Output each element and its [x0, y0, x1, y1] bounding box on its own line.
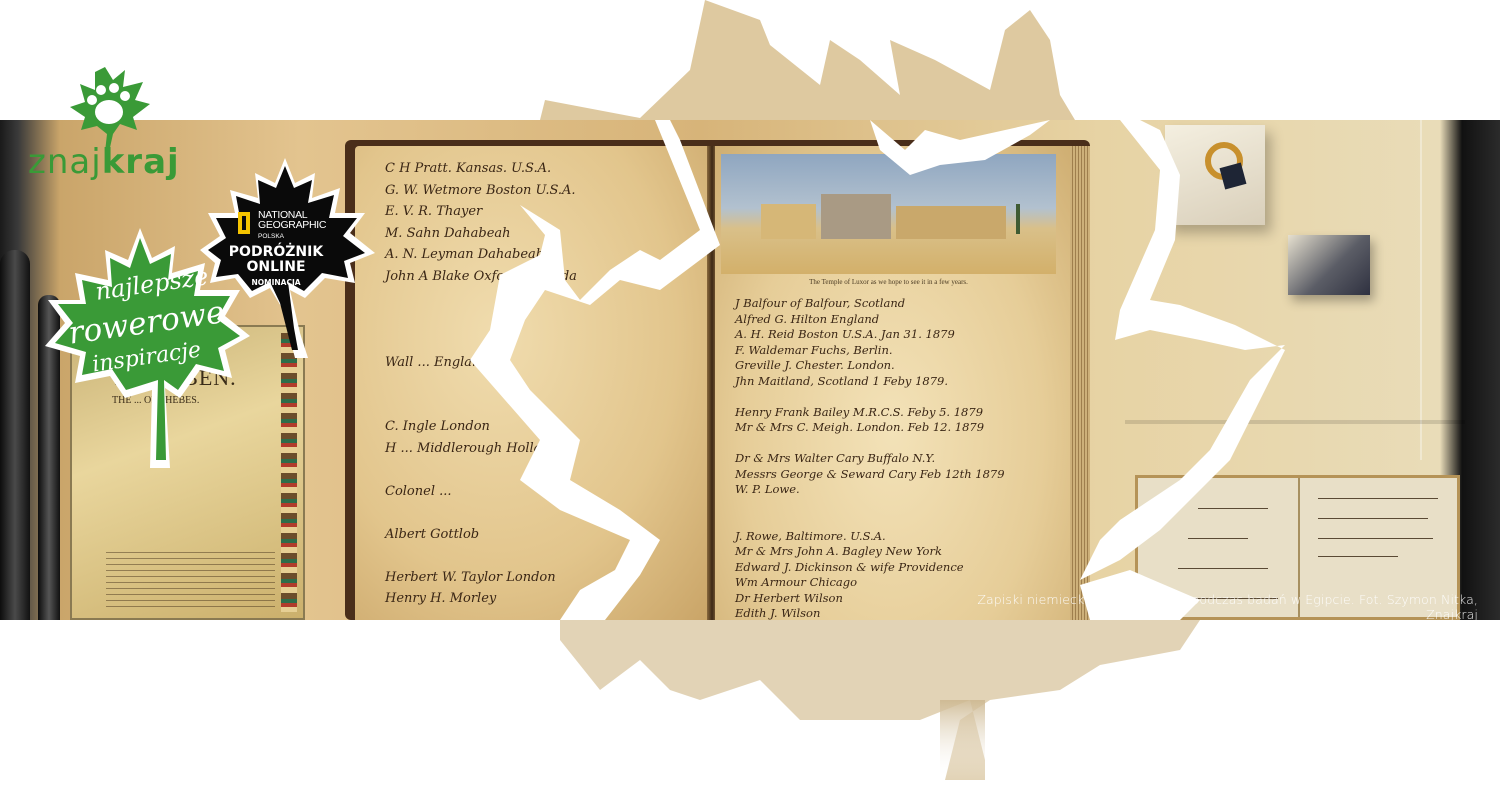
temple-illustration [761, 194, 1021, 239]
handwritten-entry: Herbert W. Taylor London [385, 570, 556, 585]
handwritten-entry: Edward J. Dickinson & wife Providence [735, 560, 964, 574]
hieroglyph-border [281, 333, 297, 612]
logo-wordmark: znajkraj [28, 142, 180, 182]
book-left-page: C H Pratt. Kansas. U.S.A.G. W. Wetmore B… [355, 146, 710, 620]
handwritten-entry: E. V. R. Thayer [385, 204, 482, 219]
handwritten-entry: Dr & Mrs Walter Cary Buffalo N.Y. [735, 451, 935, 465]
watercolor-caption: The Temple of Luxor as we hope to see it… [721, 278, 1056, 286]
handwritten-entry: Greville J. Chester. London. [735, 358, 895, 372]
handwritten-entry: John A Blake Oxford. Canada [385, 269, 577, 284]
handwritten-entry: Edith J. Wilson [735, 606, 820, 620]
handwritten-entry: Henry H. Morley [385, 591, 496, 606]
znajkraj-logo[interactable]: znajkraj [25, 62, 195, 187]
handwritten-entry: Albert Gottlob [385, 527, 479, 542]
handwritten-entry: A. N. Leyman Dahabeah [385, 247, 544, 262]
handwritten-entry: G. W. Wetmore Boston U.S.A. [385, 183, 576, 198]
handwritten-entry: Messrs George & Seward Cary Feb 12th 187… [735, 467, 1005, 481]
handwritten-entry: Wall ... England [385, 355, 489, 370]
handwritten-entry: Alfred G. Hilton England [735, 312, 879, 326]
photo-caption: Zapiski niemieckich archeologów podczas … [950, 592, 1478, 622]
handwritten-entry: C. Ingle London [385, 419, 490, 434]
handwritten-entry: Colonel ... [385, 484, 452, 499]
handwritten-entry: Henry Frank Bailey M.R.C.S. Feby 5. 1879 [735, 405, 983, 419]
ng-country: POLSKA [258, 233, 284, 240]
handwritten-entry: J. Rowe, Baltimore. U.S.A. [735, 529, 886, 543]
ng-brand: NATIONALGEOGRAPHIC [258, 210, 326, 230]
temple-of-luxor-watercolor [721, 154, 1056, 274]
handwritten-entry: C H Pratt. Kansas. U.S.A. [385, 161, 551, 176]
handwritten-entry: J Balfour of Balfour, Scotland [735, 296, 905, 310]
display-case-frame [0, 250, 30, 620]
handwritten-entry: Mr & Mrs C. Meigh. London. Feb 12. 1879 [735, 420, 984, 434]
handwritten-entry: H ... Middlerough Holland [385, 441, 558, 456]
handwritten-entry: Mr & Mrs John A. Bagley New York [735, 544, 942, 558]
handwritten-entry: A. H. Reid Boston U.S.A. Jan 31. 1879 [735, 327, 955, 341]
guest-book: C H Pratt. Kansas. U.S.A.G. W. Wetmore B… [345, 140, 1090, 620]
display-case-edge [1420, 120, 1422, 460]
book-page-edge [1070, 146, 1090, 620]
handwritten-entry: M. Sahn Dahabeah [385, 226, 511, 241]
handwritten-entry: Jhn Maitland, Scotland 1 Feby 1879. [735, 374, 948, 388]
handwritten-entry: F. Waldemar Fuchs, Berlin. [735, 343, 893, 357]
handwritten-entry: W. P. Lowe. [735, 482, 800, 496]
book-right-page: The Temple of Luxor as we hope to see it… [715, 146, 1070, 620]
silver-cube-object [1288, 235, 1370, 295]
plaque-text-block [106, 547, 275, 607]
paw-maple-leaf-icon [25, 62, 195, 152]
handwritten-entry: Wm Armour Chicago [735, 575, 857, 589]
display-shelf [1125, 420, 1465, 424]
handwritten-entry: Dr Herbert Wilson [735, 591, 843, 605]
